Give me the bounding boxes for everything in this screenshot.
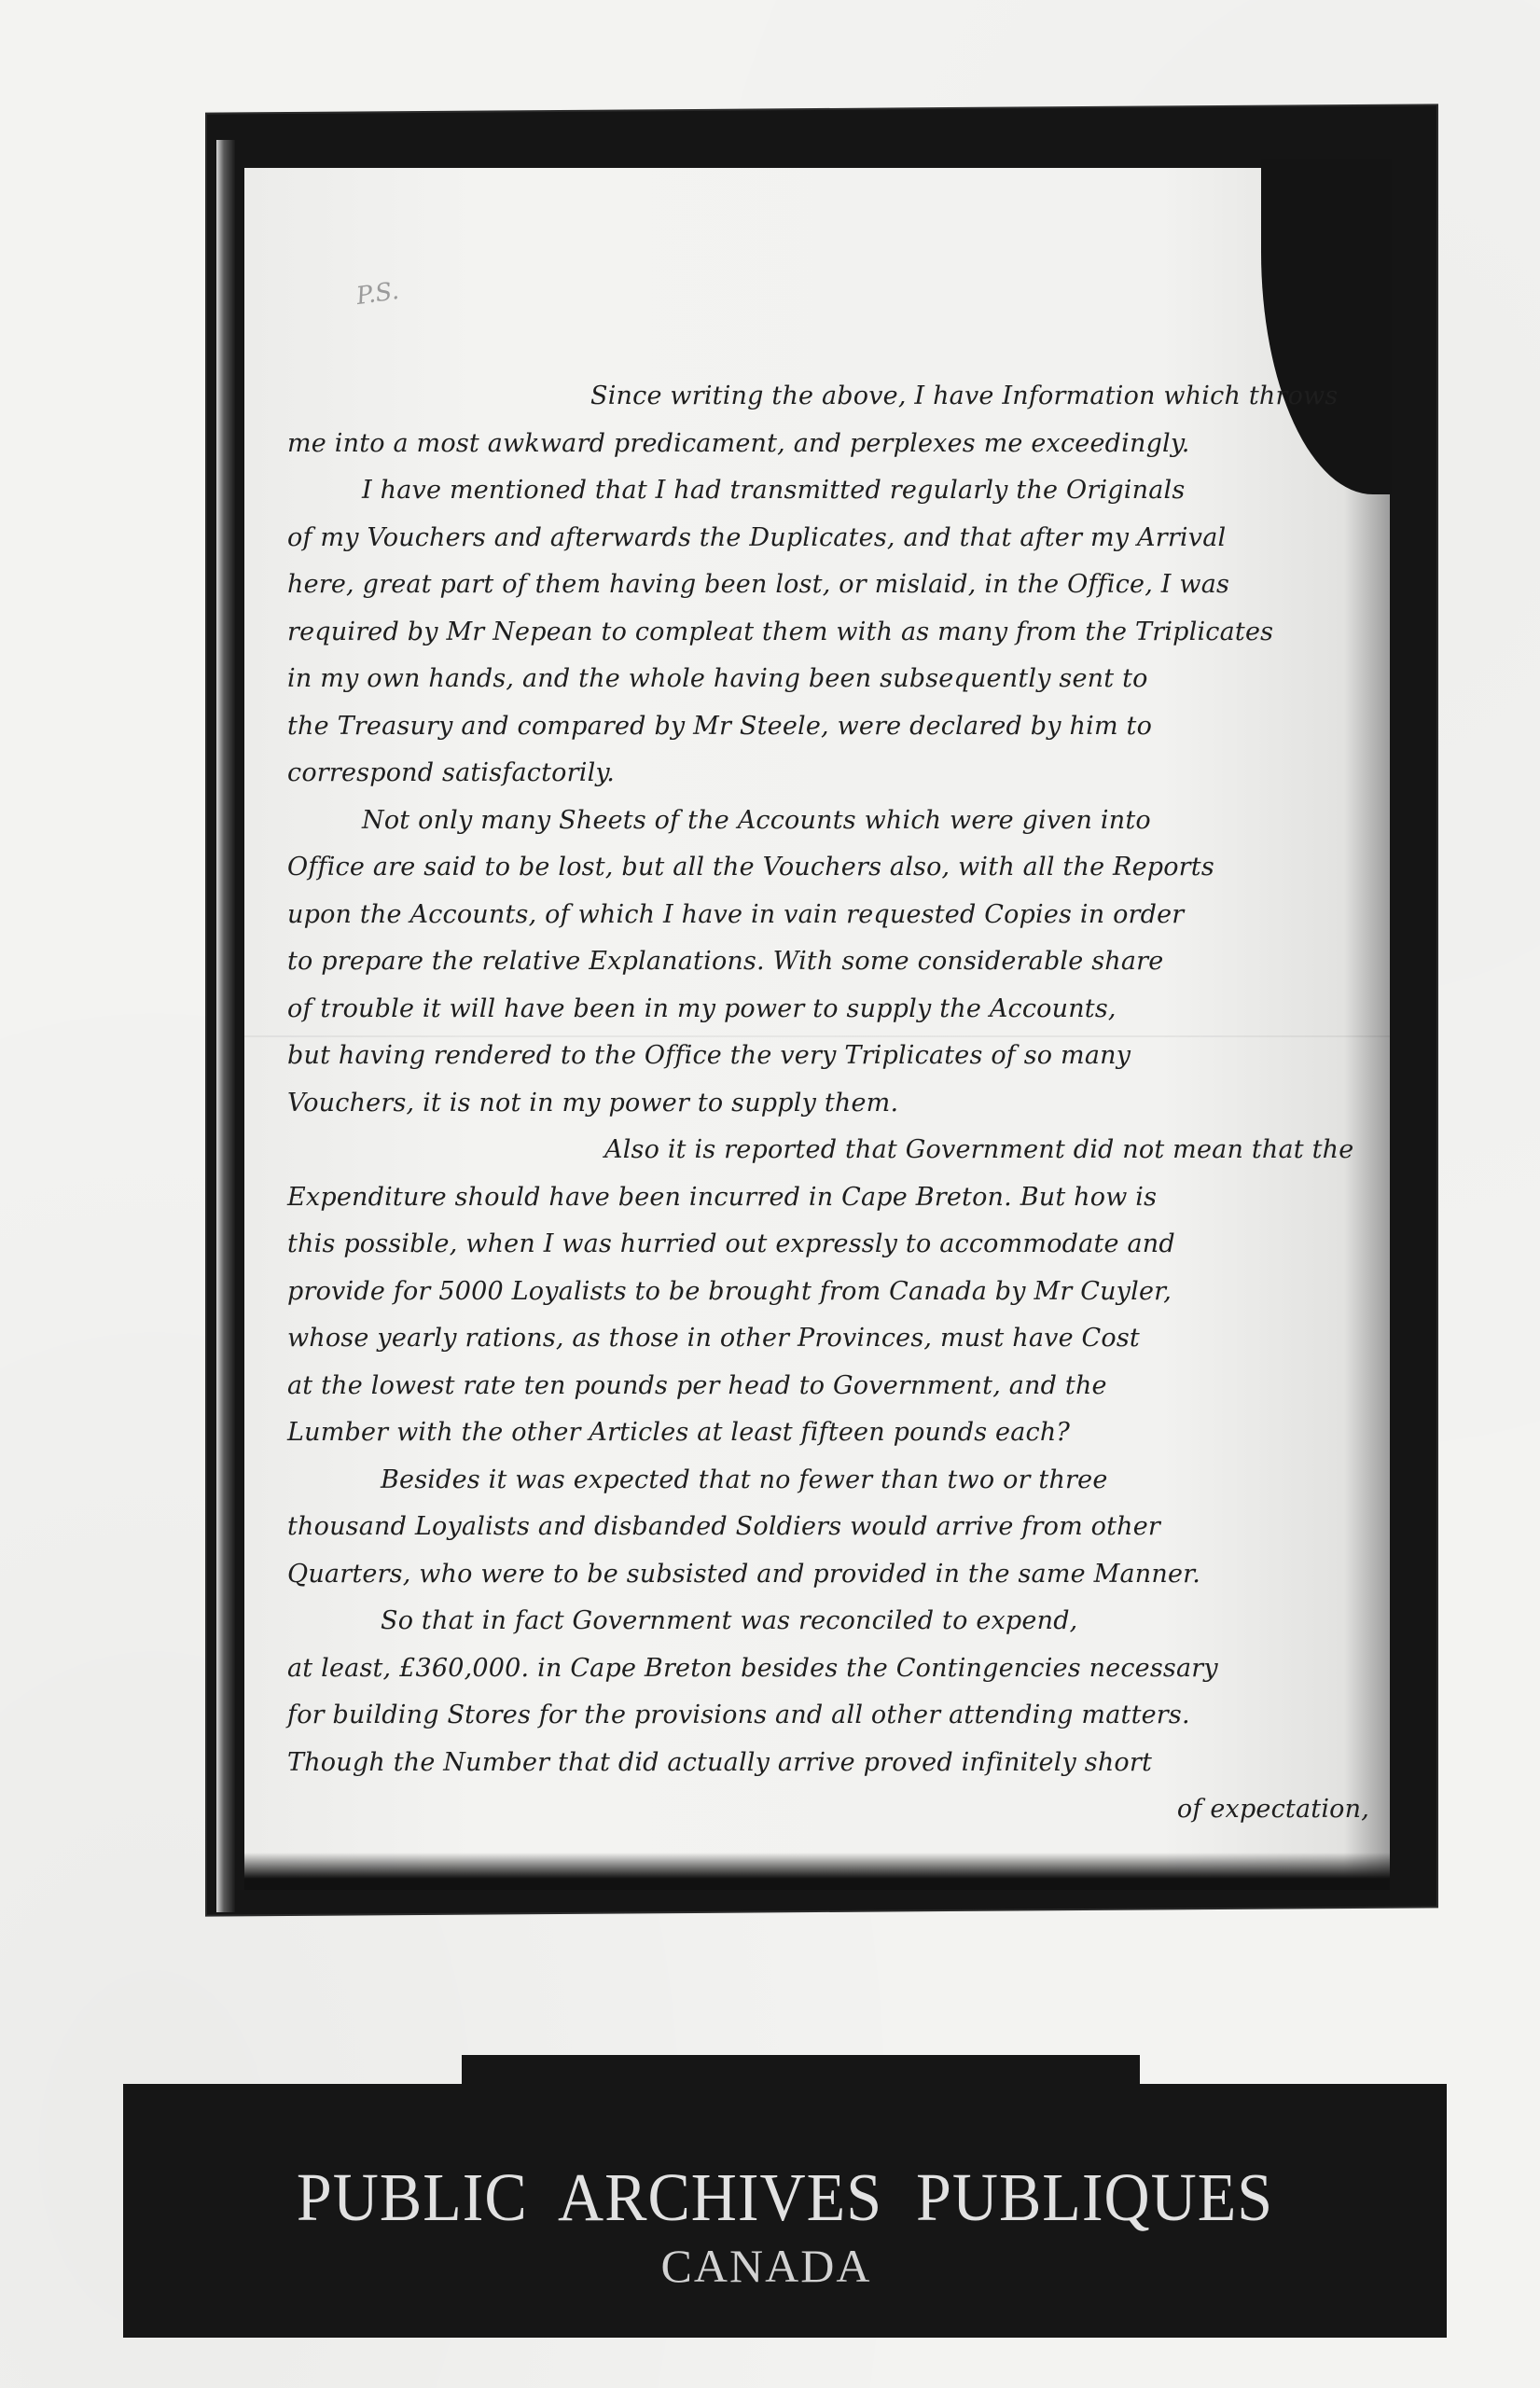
manuscript-line: the Treasury and compared by Mr Steele, … bbox=[287, 703, 1388, 751]
archive-banner-subtitle: CANADA bbox=[104, 2239, 1428, 2293]
manuscript-line: for building Stores for the provisions a… bbox=[287, 1692, 1388, 1740]
manuscript-line: of my Vouchers and afterwards the Duplic… bbox=[287, 515, 1388, 562]
manuscript-line: at the lowest rate ten pounds per head t… bbox=[287, 1363, 1388, 1410]
manuscript-line: Though the Number that did actually arri… bbox=[287, 1740, 1388, 1787]
manuscript-line: but having rendered to the Office the ve… bbox=[287, 1033, 1388, 1080]
manuscript-line: provide for 5000 Loyalists to be brought… bbox=[287, 1269, 1388, 1316]
manuscript-line: Besides it was expected that no fewer th… bbox=[287, 1457, 1388, 1505]
archive-banner: PUBLIC ARCHIVES PUBLIQUES CANADA bbox=[123, 2084, 1447, 2338]
manuscript-line: Also it is reported that Government did … bbox=[287, 1127, 1388, 1174]
manuscript-line: Since writing the above, I have Informat… bbox=[287, 373, 1388, 421]
manuscript-line: thousand Loyalists and disbanded Soldier… bbox=[287, 1504, 1388, 1551]
manuscript-line: here, great part of them having been los… bbox=[287, 562, 1388, 609]
manuscript-line: Office are said to be lost, but all the … bbox=[287, 844, 1388, 892]
manuscript-line: correspond satisfactorily. bbox=[287, 750, 1388, 798]
manuscript-line: Expenditure should have been incurred in… bbox=[287, 1174, 1388, 1222]
manuscript-line: I have mentioned that I had transmitted … bbox=[287, 467, 1388, 515]
page-bottom-shadow bbox=[244, 1853, 1390, 1890]
manuscript-line: whose yearly rations, as those in other … bbox=[287, 1315, 1388, 1363]
manuscript-page: P.S. Since writing the above, I have Inf… bbox=[244, 168, 1390, 1884]
manuscript-line: at least, £360,000. in Cape Breton besid… bbox=[287, 1645, 1388, 1693]
manuscript-line: to prepare the relative Explanations. Wi… bbox=[287, 938, 1388, 986]
manuscript-line: Quarters, who were to be subsisted and p… bbox=[287, 1551, 1388, 1599]
manuscript-text: Since writing the above, I have Informat… bbox=[287, 373, 1388, 1834]
archive-banner-title: PUBLIC ARCHIVES PUBLIQUES bbox=[123, 2158, 1447, 2237]
manuscript-line: in my own hands, and the whole having be… bbox=[287, 656, 1388, 703]
frame-edge bbox=[216, 140, 235, 1912]
manuscript-line: Not only many Sheets of the Accounts whi… bbox=[287, 798, 1388, 845]
manuscript-line: me into a most awkward predicament, and … bbox=[287, 421, 1388, 468]
manuscript-line: Lumber with the other Articles at least … bbox=[287, 1409, 1388, 1457]
manuscript-line: this possible, when I was hurried out ex… bbox=[287, 1221, 1388, 1269]
manuscript-line: of expectation, bbox=[287, 1786, 1388, 1834]
manuscript-line: of trouble it will have been in my power… bbox=[287, 986, 1388, 1034]
manuscript-line: Vouchers, it is not in my power to suppl… bbox=[287, 1080, 1388, 1128]
manuscript-line: So that in fact Government was reconcile… bbox=[287, 1598, 1388, 1645]
folio-mark: P.S. bbox=[354, 277, 400, 311]
manuscript-line: required by Mr Nepean to compleat them w… bbox=[287, 609, 1388, 657]
manuscript-line: upon the Accounts, of which I have in va… bbox=[287, 892, 1388, 939]
